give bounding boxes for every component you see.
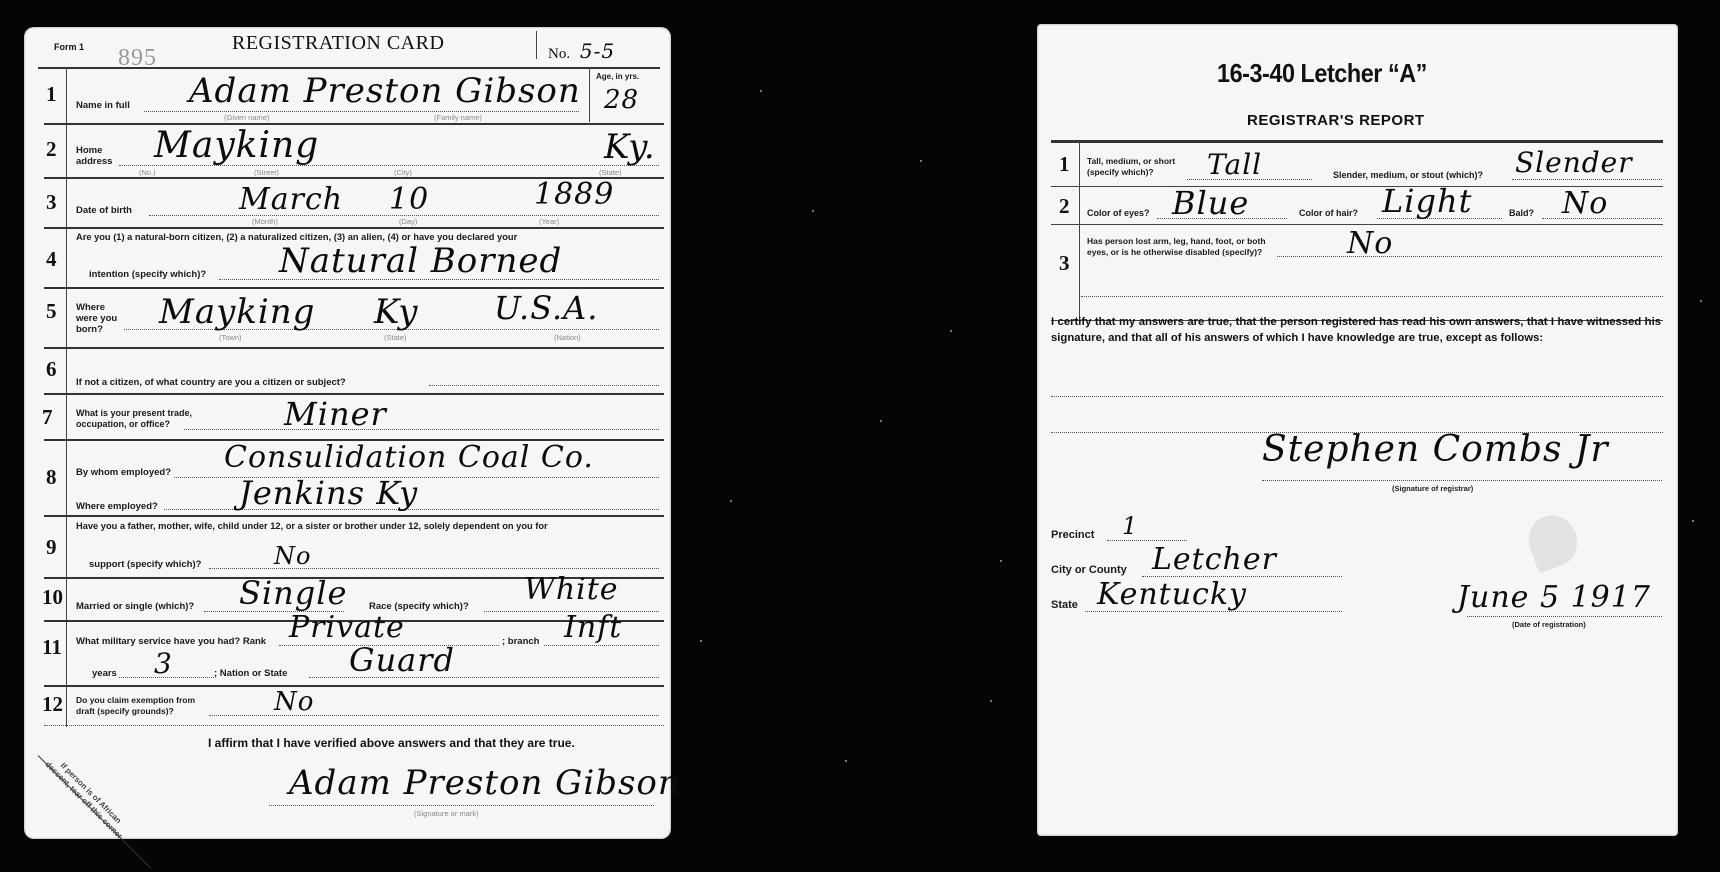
employment-place-label: Where employed? [76, 501, 158, 512]
speck [1700, 300, 1702, 302]
birthplace-state: Ky [374, 292, 418, 332]
disability-value: No [1347, 226, 1393, 261]
name-value: Adam Preston Gibson [189, 71, 581, 111]
precinct-value: 1 [1122, 512, 1138, 540]
dob-label: Date of birth [76, 205, 132, 216]
birthplace-town: Mayking [159, 292, 315, 332]
speck [845, 760, 847, 762]
military-nation-label: ; Nation or State [214, 668, 287, 679]
sublabel: (City) [394, 168, 412, 177]
home-state-value: Ky. [604, 127, 656, 167]
marital-status-value: Single [239, 574, 347, 612]
birthplace-nation: U.S.A. [494, 289, 598, 327]
exemption-label: Do you claim exemption from draft (speci… [76, 695, 216, 717]
report-title: 16-3-40 Letcher “A” [1217, 58, 1427, 89]
occupation-value: Miner [284, 395, 387, 433]
precinct-label: Precinct [1051, 529, 1094, 541]
eye-color-value: Blue [1172, 184, 1249, 222]
card-title: REGISTRATION CARD [232, 32, 444, 55]
employment-place-value: Jenkins Ky [239, 474, 418, 512]
age-label: Age, in yrs. [596, 72, 639, 81]
row-number: 4 [46, 247, 57, 272]
row-number: 8 [46, 465, 57, 490]
disability-label: Has person lost arm, leg, hand, foot, or… [1087, 236, 1287, 258]
card-number: No. 5-5 [548, 39, 609, 63]
name-label: Name in full [76, 100, 130, 111]
sublabel: (Month) [252, 217, 278, 226]
home-address-label: Home address [76, 145, 116, 167]
row-number: 3 [1059, 251, 1070, 276]
no-label: No. [548, 46, 570, 62]
sublabel: (Town) [219, 333, 242, 342]
row-number: 2 [46, 137, 57, 162]
military-rank-value: Private [289, 610, 405, 645]
row-number: 9 [46, 535, 57, 560]
race-value: White [524, 572, 619, 607]
signature-label: (Signature or mark) [414, 809, 479, 818]
build-label: Slender, medium, or stout (which)? [1333, 170, 1483, 180]
speck [730, 500, 732, 502]
sublabel: (State) [599, 168, 622, 177]
exemption-value: No [274, 687, 314, 717]
given-name-sublabel: (Given name) [224, 113, 269, 122]
row-number: 3 [46, 190, 57, 215]
form-label: Form 1 [54, 42, 84, 52]
sublabel: (Nation) [554, 333, 581, 342]
number-column-divider [66, 67, 67, 727]
age-value: 28 [604, 85, 639, 115]
registrant-signature: Adam Preston Gibson [289, 763, 681, 803]
certification-text: I certify that my answers are true, that… [1051, 314, 1661, 346]
speck [880, 420, 882, 422]
sublabel: (Street) [254, 168, 279, 177]
row-number: 2 [1059, 194, 1070, 219]
military-nation-value: Guard [349, 641, 455, 679]
bald-label: Bald? [1509, 208, 1534, 218]
hair-color-label: Color of hair? [1299, 208, 1358, 218]
row-number: 6 [46, 357, 57, 382]
speck [760, 90, 762, 92]
registrar-signature: Stephen Combs Jr [1262, 429, 1609, 470]
registrar-signature-label: (Signature of registrar) [1392, 484, 1473, 493]
hair-color-value: Light [1382, 182, 1472, 220]
speck [700, 640, 702, 642]
foreign-citizenship-label: If not a citizen, of what country are yo… [76, 377, 346, 388]
sublabel: (No.) [139, 168, 156, 177]
height-value: Tall [1207, 148, 1262, 181]
home-address-value: Mayking [154, 125, 319, 166]
row-number: 1 [1059, 152, 1070, 177]
dob-month: March [239, 182, 343, 217]
sublabel: (State) [384, 333, 407, 342]
speck [990, 700, 992, 702]
citizenship-label: intention (specify which)? [89, 269, 206, 280]
military-rank-label: What military service have you had? Rank [76, 636, 266, 647]
row-number: 5 [46, 299, 57, 324]
row-number: 10 [42, 585, 63, 610]
employer-value: Consulidation Coal Co. [224, 440, 594, 475]
sublabel: (Year) [539, 217, 559, 226]
row-number: 12 [42, 692, 63, 717]
row-number: 11 [42, 635, 62, 660]
dob-year: 1889 [534, 177, 614, 212]
county-label: City or County [1051, 564, 1127, 576]
speck [920, 160, 922, 162]
affirmation-text: I affirm that I have verified above answ… [208, 736, 575, 750]
registration-card: Form 1 895 REGISTRATION CARD No. 5-5 1 N… [24, 27, 671, 839]
registration-date-label: (Date of registration) [1512, 620, 1586, 629]
state-label: State [1051, 599, 1078, 611]
military-years-value: 3 [154, 647, 173, 680]
military-branch-label: ; branch [502, 636, 539, 647]
dependents-value: No [274, 542, 311, 570]
row-number: 7 [42, 405, 53, 430]
speck [812, 210, 814, 212]
speck [950, 330, 952, 332]
military-branch-value: Inft [564, 610, 622, 645]
report-subtitle: REGISTRAR'S REPORT [1247, 112, 1425, 129]
county-value: Letcher [1152, 542, 1277, 577]
military-years-label: years [92, 668, 117, 679]
citizenship-value: Natural Borned [279, 241, 562, 281]
dependents-question: Have you a father, mother, wife, child u… [76, 521, 548, 531]
occupation-label: What is your present trade, occupation, … [76, 408, 206, 430]
eye-color-label: Color of eyes? [1087, 208, 1150, 218]
dependents-label: support (specify which)? [89, 559, 201, 570]
registrars-report-card: 16-3-40 Letcher “A” REGISTRAR'S REPORT 1… [1037, 24, 1678, 836]
row-number: 1 [46, 82, 57, 107]
speck [1692, 520, 1694, 522]
speck [1000, 560, 1002, 562]
watermark-leaf-icon [1522, 508, 1585, 573]
employer-label: By whom employed? [76, 467, 171, 478]
sublabel: (Day) [399, 217, 417, 226]
state-value: Kentucky [1097, 577, 1247, 612]
birthplace-label: Where were you born? [76, 302, 120, 335]
family-name-sublabel: (Family name) [434, 113, 482, 122]
tear-off-corner-text: If person is of African descent, tear of… [41, 751, 133, 843]
dob-day: 10 [389, 182, 429, 217]
build-value: Slender [1515, 146, 1633, 179]
marital-status-label: Married or single (which)? [76, 601, 194, 612]
bald-value: No [1562, 186, 1608, 221]
no-value: 5-5 [580, 39, 615, 63]
height-label: Tall, medium, or short (specify which)? [1087, 156, 1207, 178]
registration-date-value: June 5 1917 [1457, 580, 1651, 615]
